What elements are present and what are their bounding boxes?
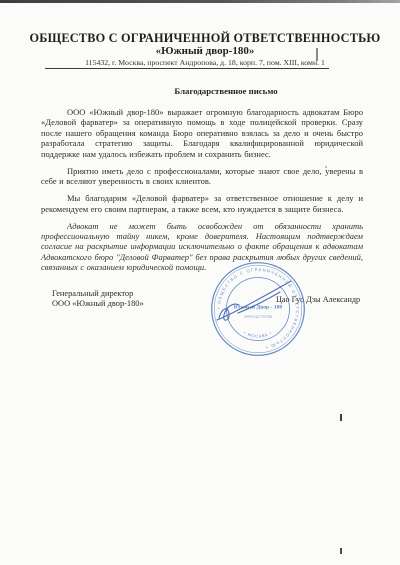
company-address: 115432, г. Москва, проспект Андропова, д… bbox=[5, 58, 400, 68]
letter-paragraph: Приятно иметь дело с профессионалами, ко… bbox=[41, 166, 363, 187]
letter-page: ОБЩЕСТВО С ОГРАНИЧЕННОЙ ОТВЕТСТВЕННОСТЬЮ… bbox=[0, 0, 400, 273]
scan-artifact bbox=[316, 48, 318, 61]
signature-block: Генеральный директор ООО «Южный двор-180… bbox=[52, 289, 144, 309]
confidentiality-paragraph: Адвокат не может быть освобожден от обяз… bbox=[41, 221, 363, 273]
signer-company: ООО «Южный двор-180» bbox=[52, 299, 144, 309]
signer-position: Генеральный директор bbox=[52, 289, 144, 299]
letter-title: Благодарственное письмо bbox=[26, 86, 400, 96]
company-name-heading: «Южный двор-180» bbox=[5, 45, 400, 58]
letterhead: ОБЩЕСТВО С ОГРАНИЧЕННОЙ ОТВЕТСТВЕННОСТЬЮ… bbox=[5, 31, 400, 67]
company-seal-graphic: • ОБЩЕСТВО С ОГРАНИЧЕННОЙ ОТВЕТСТВЕННОСТ… bbox=[210, 261, 306, 357]
seal-city-text: • МОСКВА • bbox=[243, 330, 273, 338]
company-seal: • ОБЩЕСТВО С ОГРАНИЧЕННОЙ ОТВЕТСТВЕННОСТ… bbox=[210, 261, 306, 357]
scan-artifact bbox=[340, 548, 342, 554]
scan-artifact bbox=[325, 166, 327, 168]
letter-paragraph: ООО «Южный двор-180» выражает огромную б… bbox=[41, 107, 363, 159]
scan-artifact bbox=[340, 414, 342, 421]
letter-paragraph: Мы благодарим «Деловой фарватер» за отве… bbox=[41, 193, 363, 214]
svg-text:• МОСКВА •: • МОСКВА • bbox=[243, 330, 273, 338]
company-form-heading: ОБЩЕСТВО С ОГРАНИЧЕННОЙ ОТВЕТСТВЕННОСТЬЮ bbox=[5, 31, 400, 45]
letter-body: ООО «Южный двор-180» выражает огромную б… bbox=[0, 107, 400, 273]
letterhead-rule bbox=[45, 68, 329, 69]
seal-ogrn-text: ОГРН 1127747739 bbox=[244, 315, 272, 319]
